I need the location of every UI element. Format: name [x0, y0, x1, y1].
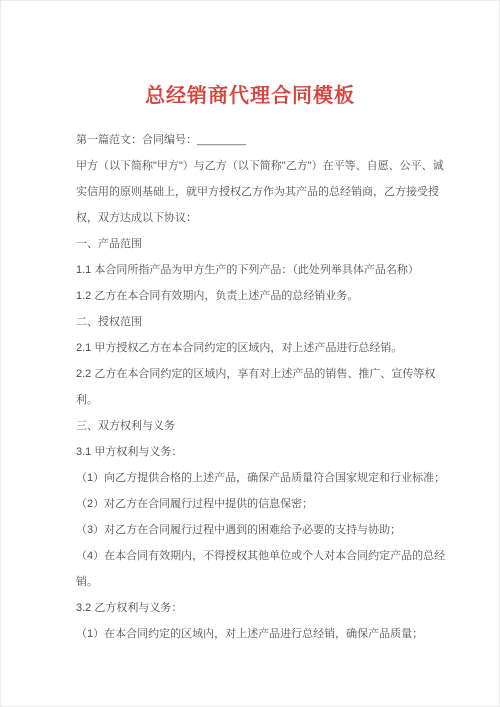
document-title: 总经销商代理合同模板 — [1, 83, 499, 109]
paragraph: 三、双方权利与义务 — [76, 413, 452, 439]
paragraph: （3）对乙方在合同履行过程中遇到的困难给予必要的支持与协助； — [76, 517, 452, 543]
paragraph: （2）对乙方在合同履行过程中提供的信息保密； — [76, 491, 452, 517]
paragraph: 1.1 本合同所指产品为甲方生产的下列产品：（此处列举具体产品名称） — [76, 257, 452, 283]
document-body: 第一篇范文：合同编号：________甲方（以下简称"甲方"）与乙方（以下简称"… — [76, 127, 452, 647]
paragraph: （4）在本合同有效期内，不得授权其他单位或个人对本合同约定产品的总经销。 — [76, 543, 452, 595]
paragraph: 1.2 乙方在本合同有效期内，负责上述产品的总经销业务。 — [76, 283, 452, 309]
paragraph: （1）在本合同约定的区域内，对上述产品进行总经销，确保产品质量； — [76, 621, 452, 647]
paragraph: 一、产品范围 — [76, 231, 452, 257]
paragraph: 甲方（以下简称"甲方"）与乙方（以下简称"乙方"）在平等、自愿、公平、诚实信用的… — [76, 153, 452, 231]
paragraph: 第一篇范文：合同编号：________ — [76, 127, 452, 153]
paragraph: 3.1 甲方权利与义务： — [76, 439, 452, 465]
paragraph: （1）向乙方提供合格的上述产品，确保产品质量符合国家规定和行业标准； — [76, 465, 452, 491]
paragraph: 二、授权范围 — [76, 309, 452, 335]
document-page: 总经销商代理合同模板 第一篇范文：合同编号：________甲方（以下简称"甲方… — [0, 0, 500, 707]
paragraph: 2.2 乙方在本合同约定的区域内，享有对上述产品的销售、推广、宣传等权利。 — [76, 361, 452, 413]
paragraph: 3.2 乙方权利与义务： — [76, 595, 452, 621]
paragraph: 2.1 甲方授权乙方在本合同约定的区域内，对上述产品进行总经销。 — [76, 335, 452, 361]
